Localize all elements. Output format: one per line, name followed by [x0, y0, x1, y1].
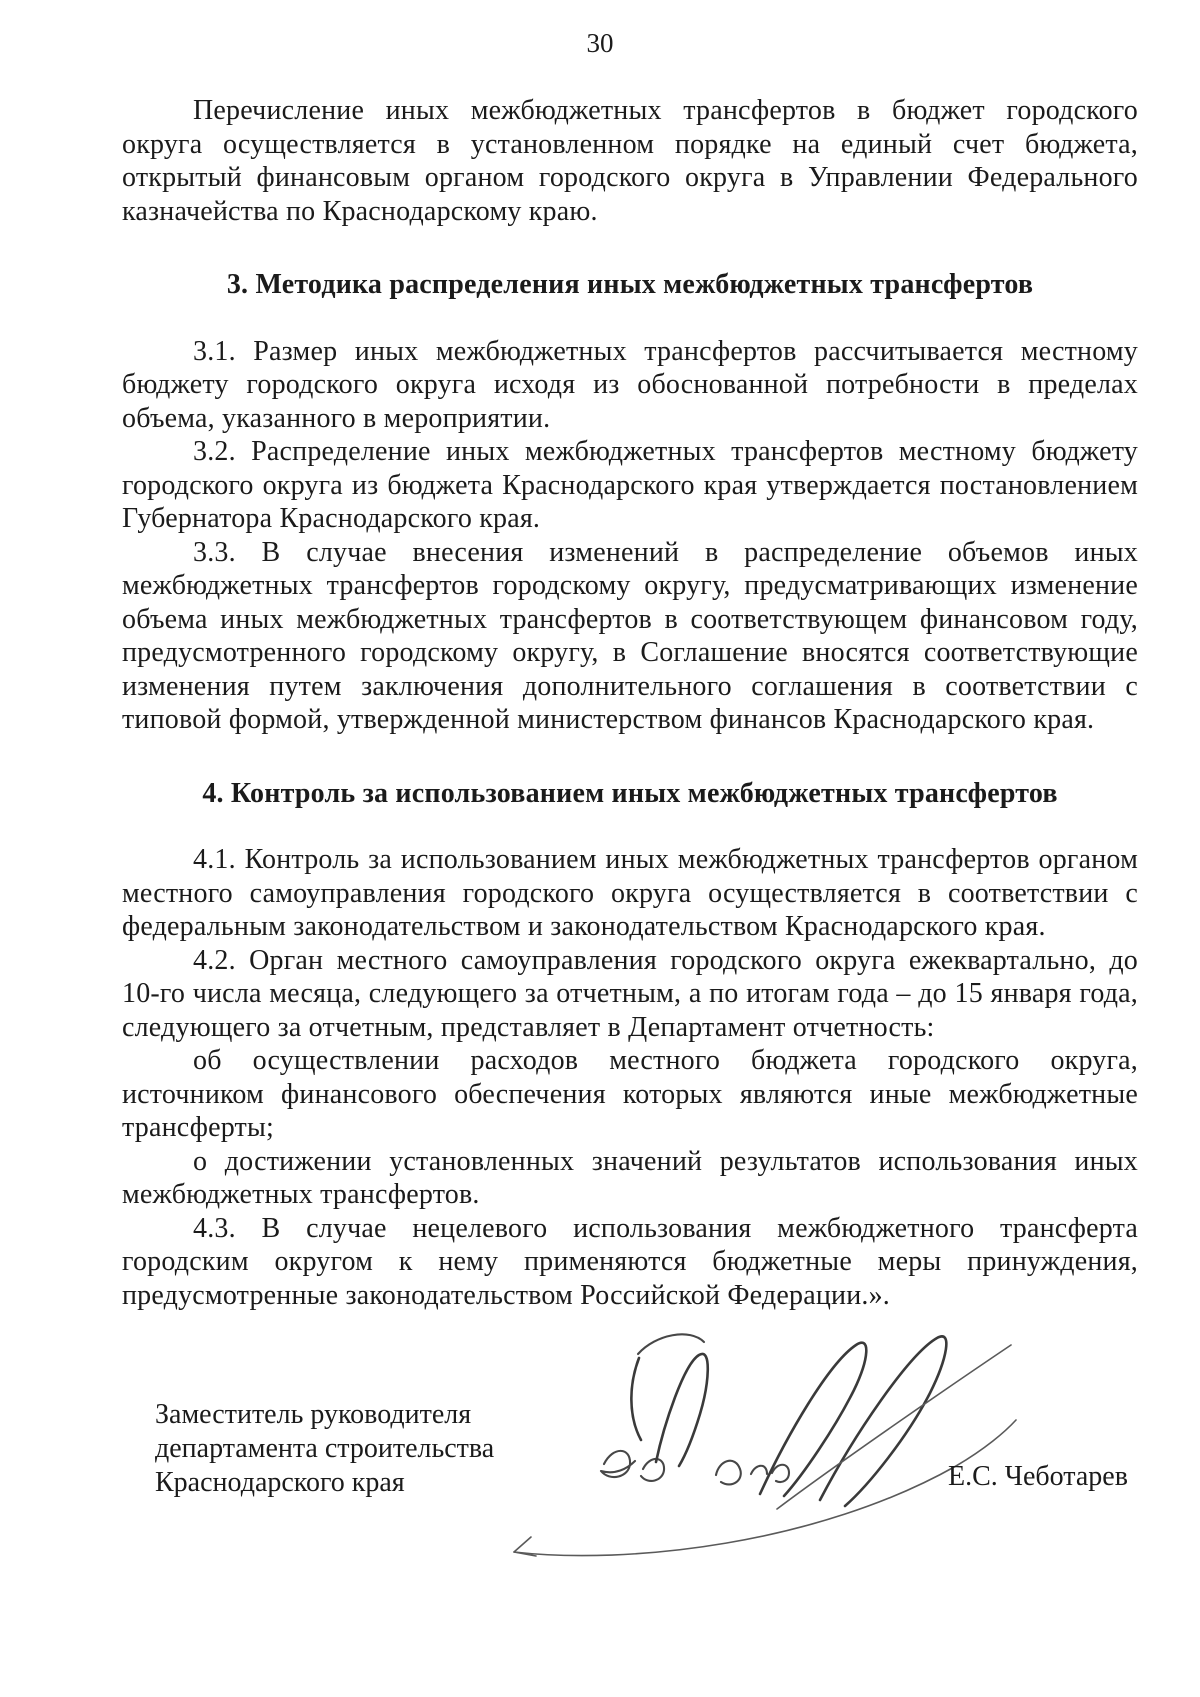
- paragraph-3-3: 3.3. В случае внесения изменений в распр…: [122, 536, 1138, 737]
- page-number: 30: [0, 28, 1200, 58]
- section-3-heading: 3. Методика распределения иных межбюджет…: [122, 268, 1138, 302]
- signer-title: Заместитель руководителя департамента ст…: [155, 1398, 494, 1500]
- paragraph-4-1: 4.1. Контроль за использованием иных меж…: [122, 843, 1138, 944]
- signer-name: Е.С. Чеботарев: [948, 1460, 1128, 1494]
- signer-title-line-3: Краснодарского края: [155, 1466, 494, 1500]
- paragraph-3-1: 3.1. Размер иных межбюджетных трансферто…: [122, 335, 1138, 436]
- signer-title-line-1: Заместитель руководителя: [155, 1398, 494, 1432]
- paragraph-3-2: 3.2. Распределение иных межбюджетных тра…: [122, 435, 1138, 536]
- intro-paragraph: Перечисление иных межбюджетных трансферт…: [122, 94, 1138, 228]
- document-page: 30 Перечисление иных межбюджетных трансф…: [0, 0, 1200, 1697]
- paragraph-4-2-item-1: об осуществлении расходов местного бюдже…: [122, 1044, 1138, 1145]
- handwritten-signature-icon: [488, 1232, 1048, 1567]
- section-4-heading: 4. Контроль за использованием иных межбю…: [122, 777, 1138, 811]
- paragraph-4-2: 4.2. Орган местного самоуправления город…: [122, 944, 1138, 1045]
- document-body: Перечисление иных межбюджетных трансферт…: [122, 94, 1138, 1312]
- signer-title-line-2: департамента строительства: [155, 1432, 494, 1466]
- paragraph-4-2-item-2: о достижении установленных значений резу…: [122, 1145, 1138, 1212]
